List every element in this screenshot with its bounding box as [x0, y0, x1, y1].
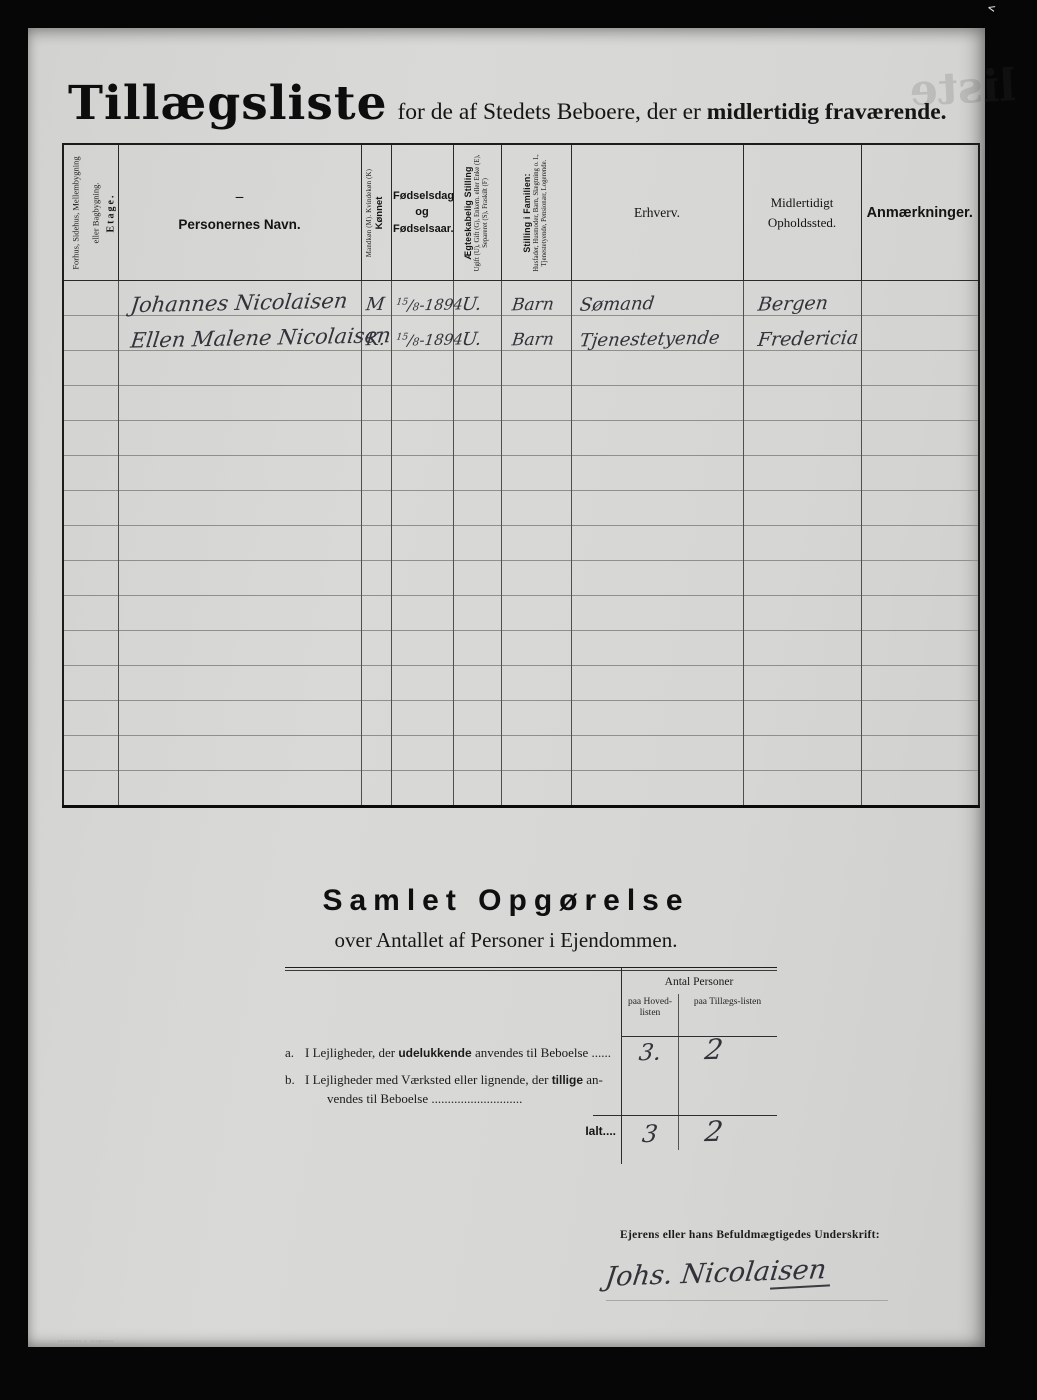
cell-occupation: Sømand: [571, 281, 743, 316]
cell-birth: [391, 666, 453, 701]
cell-building: [63, 666, 118, 701]
cell-remarks: [861, 631, 979, 666]
cell-sex: [361, 456, 391, 491]
table-row: [63, 526, 979, 561]
cell-remarks: [861, 526, 979, 561]
col-header-sex: Mandkøn (M). Kvindekøn (K)Kønnet: [361, 144, 391, 281]
cell-marital: [453, 666, 501, 701]
family-header-sub: Husfader, Husmoder, Barn, Slægtning o. l…: [533, 149, 550, 277]
cell-family: [501, 631, 571, 666]
signature-line: [606, 1300, 888, 1301]
handwritten-occupation: Tjenestetyende: [574, 328, 720, 352]
census-table-body: Johannes NicolaisenM15/8-1894U.BarnSøman…: [63, 281, 979, 807]
cell-occupation: [571, 666, 743, 701]
summary-value-a-tillaeg: 2: [676, 1032, 752, 1067]
cell-residence: [743, 631, 861, 666]
cell-sex: [361, 491, 391, 526]
cell-marital: [453, 386, 501, 421]
table-row: [63, 631, 979, 666]
cell-building: [63, 281, 118, 316]
cell-name: [118, 701, 361, 736]
cell-building: [63, 736, 118, 771]
cell-birth: [391, 456, 453, 491]
cell-residence: [743, 666, 861, 701]
table-row: [63, 421, 979, 456]
name-header-text: Personernes Navn.: [178, 217, 300, 232]
summary-total-label: Ialt....: [544, 1124, 616, 1138]
cell-sex: [361, 666, 391, 701]
cell-remarks: [861, 771, 979, 807]
cell-marital: [453, 701, 501, 736]
cell-residence: [743, 561, 861, 596]
cell-occupation: [571, 631, 743, 666]
form-title: Tillægslistefor de af Stedets Beboere, d…: [68, 76, 973, 131]
handwritten-marital: U.: [456, 294, 482, 315]
cell-marital: [453, 491, 501, 526]
cell-occupation: Tjenestetyende: [571, 316, 743, 351]
scanned-census-form: liste Tillægslistefor de af Stedets Bebo…: [28, 28, 985, 1347]
cell-sex: [361, 771, 391, 807]
cell-residence: [743, 351, 861, 386]
cell-birth: [391, 526, 453, 561]
cell-remarks: [861, 736, 979, 771]
cell-name: [118, 771, 361, 807]
cell-occupation: [571, 771, 743, 807]
cell-residence: [743, 771, 861, 807]
summary-heading-block: Samlet Opgørelse over Antallet af Person…: [256, 884, 756, 953]
summary-total-tillaeg: 2: [676, 1114, 752, 1149]
cell-remarks: [861, 386, 979, 421]
cell-remarks: [861, 666, 979, 701]
summary-condition-a: a.I Lejligheder, der udelukkende anvende…: [285, 1044, 635, 1063]
cell-sex: [361, 561, 391, 596]
condition-a-prefix: a.: [285, 1044, 305, 1063]
cell-sex: [361, 596, 391, 631]
cell-name: Johannes Nicolaisen: [118, 281, 361, 316]
cell-remarks: [861, 351, 979, 386]
cell-residence: [743, 526, 861, 561]
cell-sex: [361, 351, 391, 386]
birth-header-text: Fødselsdag og Fødselsaar.: [393, 188, 451, 238]
form-title-main: Tillægsliste: [68, 76, 387, 131]
cell-residence: [743, 421, 861, 456]
table-row: [63, 386, 979, 421]
cell-name: [118, 421, 361, 456]
handwritten-name: Ellen Malene Nicolaisen: [121, 323, 392, 353]
cell-marital: U.: [453, 316, 501, 351]
cell-sex: [361, 631, 391, 666]
cell-building: [63, 596, 118, 631]
handwritten-sex: M: [364, 294, 385, 315]
name-header-dash: –: [119, 192, 361, 202]
cell-birth: 15/8-1894: [391, 316, 453, 351]
condition-a-bold: udelukkende: [398, 1046, 471, 1060]
cell-name: [118, 386, 361, 421]
handwritten-name: Johannes Nicolaisen: [121, 289, 349, 318]
cell-remarks: [861, 561, 979, 596]
cell-birth: [391, 491, 453, 526]
cell-building: [63, 316, 118, 351]
cell-remarks: [861, 421, 979, 456]
cell-name: [118, 526, 361, 561]
cell-family: [501, 771, 571, 807]
table-row: [63, 491, 979, 526]
table-row: [63, 666, 979, 701]
cell-marital: [453, 351, 501, 386]
condition-b-text1: I Lejligheder med Værksted eller lignend…: [305, 1072, 552, 1087]
cell-family: [501, 386, 571, 421]
col-header-marital: Ægteskabelig StillingUgift (U), Gift (G)…: [453, 144, 501, 281]
cell-family: [501, 666, 571, 701]
signature-label: Ejerens eller hans Befuldmægtigedes Unde…: [620, 1229, 910, 1241]
cell-marital: U.: [453, 281, 501, 316]
summary-top-rule: [285, 967, 777, 971]
handwritten-family: Barn: [504, 330, 554, 351]
cell-building: [63, 421, 118, 456]
scan-corner-mark: <: [986, 0, 996, 15]
summary-subtitle: over Antallet af Personer i Ejendommen.: [256, 928, 756, 953]
cell-residence: Bergen: [743, 281, 861, 316]
census-table: Forhus, Sidehus, Mellembygning eller Bag…: [62, 143, 980, 808]
handwritten-residence: Fredericia: [746, 327, 859, 351]
cell-residence: [743, 386, 861, 421]
cell-family: [501, 561, 571, 596]
table-row: [63, 351, 979, 386]
cell-sex: M: [361, 281, 391, 316]
condition-a-text2: anvendes til Beboelse ......: [472, 1045, 611, 1060]
cell-sex: [361, 526, 391, 561]
summary-title: Samlet Opgørelse: [256, 884, 756, 918]
cell-birth: [391, 421, 453, 456]
cell-marital: [453, 771, 501, 807]
occupation-header-text: Erhverv.: [634, 205, 680, 220]
cell-remarks: [861, 596, 979, 631]
table-row: [63, 701, 979, 736]
building-header-text: Forhus, Sidehus, Mellembygning eller Bag…: [70, 156, 100, 269]
cell-family: Barn: [501, 281, 571, 316]
cell-family: [501, 701, 571, 736]
condition-b-line2: vendes til Beboelse ....................…: [285, 1090, 635, 1109]
handwritten-birth: 15/8-1894: [394, 295, 463, 314]
col-header-family: Stilling i Familien:Husfader, Husmoder, …: [501, 144, 571, 281]
handwritten-family: Barn: [504, 295, 554, 316]
cell-occupation: [571, 596, 743, 631]
summary-group-header: Antal Personer: [622, 976, 776, 988]
cell-occupation: [571, 351, 743, 386]
cell-birth: [391, 386, 453, 421]
col-header-residence: Midlertidigt Opholdssted.: [743, 144, 861, 281]
summary-col-hovedlisten: paa Hoved-listen: [622, 997, 678, 1020]
col-header-remarks: Anmærkninger.: [861, 144, 979, 281]
cell-marital: [453, 456, 501, 491]
cell-occupation: [571, 456, 743, 491]
cell-occupation: [571, 561, 743, 596]
cell-building: [63, 526, 118, 561]
remarks-header-text: Anmærkninger.: [867, 205, 973, 221]
table-row: Johannes NicolaisenM15/8-1894U.BarnSøman…: [63, 281, 979, 316]
cell-birth: [391, 736, 453, 771]
cell-occupation: [571, 701, 743, 736]
cell-name: [118, 351, 361, 386]
cell-marital: [453, 421, 501, 456]
cell-residence: [743, 736, 861, 771]
cell-residence: [743, 491, 861, 526]
cell-birth: [391, 561, 453, 596]
header-row: Forhus, Sidehus, Mellembygning eller Bag…: [63, 144, 979, 281]
cell-marital: [453, 526, 501, 561]
table-row: Ellen Malene NicolaisenK.15/8-1894U.Barn…: [63, 316, 979, 351]
cell-remarks: [861, 316, 979, 351]
col-header-building: Forhus, Sidehus, Mellembygning eller Bag…: [63, 144, 118, 281]
cell-name: Ellen Malene Nicolaisen: [118, 316, 361, 351]
cell-birth: [391, 631, 453, 666]
summary-condition-b: b.I Lejligheder med Værksted eller ligne…: [285, 1071, 635, 1109]
cell-sex: [361, 736, 391, 771]
table-row: [63, 456, 979, 491]
cell-occupation: [571, 526, 743, 561]
cell-family: Barn: [501, 316, 571, 351]
handwritten-marital: U.: [456, 329, 482, 350]
cell-name: [118, 596, 361, 631]
col-header-occupation: Erhverv.: [571, 144, 743, 281]
cell-sex: [361, 701, 391, 736]
table-row: [63, 771, 979, 807]
handwritten-occupation: Sømand: [574, 293, 655, 316]
cell-residence: [743, 701, 861, 736]
cell-marital: [453, 561, 501, 596]
cell-birth: [391, 596, 453, 631]
condition-b-bold: tillige: [552, 1073, 583, 1087]
sex-header-title: Kønnet: [374, 149, 386, 277]
table-row: [63, 596, 979, 631]
summary-col-tillaegslisten: paa Tillægs-listen: [679, 997, 776, 1008]
cell-residence: [743, 456, 861, 491]
table-row: [63, 736, 979, 771]
cell-marital: [453, 596, 501, 631]
summary-total-hoved: 3: [620, 1119, 680, 1148]
cell-family: [501, 491, 571, 526]
cell-family: [501, 351, 571, 386]
cell-marital: [453, 631, 501, 666]
printer-imprint: ········ · ···-····: [58, 1339, 114, 1345]
residence-header-text: Midlertidigt Opholdssted.: [757, 193, 847, 232]
cell-sex: [361, 386, 391, 421]
marital-header-sub: Ugift (U), Gift (G), Enkem. eller Enke (…: [474, 149, 491, 277]
cell-family: [501, 596, 571, 631]
cell-residence: Fredericia: [743, 316, 861, 351]
col-header-birth: Fødselsdag og Fødselsaar.: [391, 144, 453, 281]
table-row: [63, 561, 979, 596]
cell-name: [118, 456, 361, 491]
cell-remarks: [861, 281, 979, 316]
cell-family: [501, 421, 571, 456]
sex-header-sub: Mandkøn (M). Kvindekøn (K): [366, 149, 374, 277]
cell-birth: [391, 771, 453, 807]
handwritten-residence: Bergen: [746, 292, 829, 316]
cell-marital: [453, 736, 501, 771]
cell-remarks: [861, 456, 979, 491]
cell-birth: 15/8-1894: [391, 281, 453, 316]
cell-sex: [361, 421, 391, 456]
cell-building: [63, 561, 118, 596]
cell-building: [63, 351, 118, 386]
cell-occupation: [571, 421, 743, 456]
building-header-etage: Etage.: [105, 149, 118, 277]
cell-family: [501, 456, 571, 491]
cell-occupation: [571, 491, 743, 526]
cell-occupation: [571, 736, 743, 771]
cell-birth: [391, 351, 453, 386]
cell-building: [63, 631, 118, 666]
cell-name: [118, 666, 361, 701]
condition-a-text1: I Lejligheder, der: [305, 1045, 398, 1060]
col-header-name: – Personernes Navn.: [118, 144, 361, 281]
cell-building: [63, 456, 118, 491]
family-header-title: Stilling i Familien:: [522, 149, 533, 277]
cell-name: [118, 736, 361, 771]
cell-family: [501, 736, 571, 771]
cell-name: [118, 631, 361, 666]
cell-building: [63, 386, 118, 421]
handwritten-birth: 15/8-1894: [394, 330, 463, 349]
cell-birth: [391, 701, 453, 736]
cell-name: [118, 561, 361, 596]
cell-occupation: [571, 386, 743, 421]
cell-building: [63, 701, 118, 736]
condition-b-prefix: b.: [285, 1071, 305, 1090]
cell-family: [501, 526, 571, 561]
cell-remarks: [861, 491, 979, 526]
cell-name: [118, 491, 361, 526]
marital-header-title: Ægteskabelig Stilling: [463, 149, 474, 277]
condition-b-text2: an-: [583, 1072, 603, 1087]
handwritten-sex: K.: [364, 329, 386, 350]
cell-building: [63, 771, 118, 807]
form-title-subtitle: for de af Stedets Beboere, der er midler…: [397, 99, 946, 125]
cell-building: [63, 491, 118, 526]
cell-remarks: [861, 701, 979, 736]
cell-residence: [743, 596, 861, 631]
